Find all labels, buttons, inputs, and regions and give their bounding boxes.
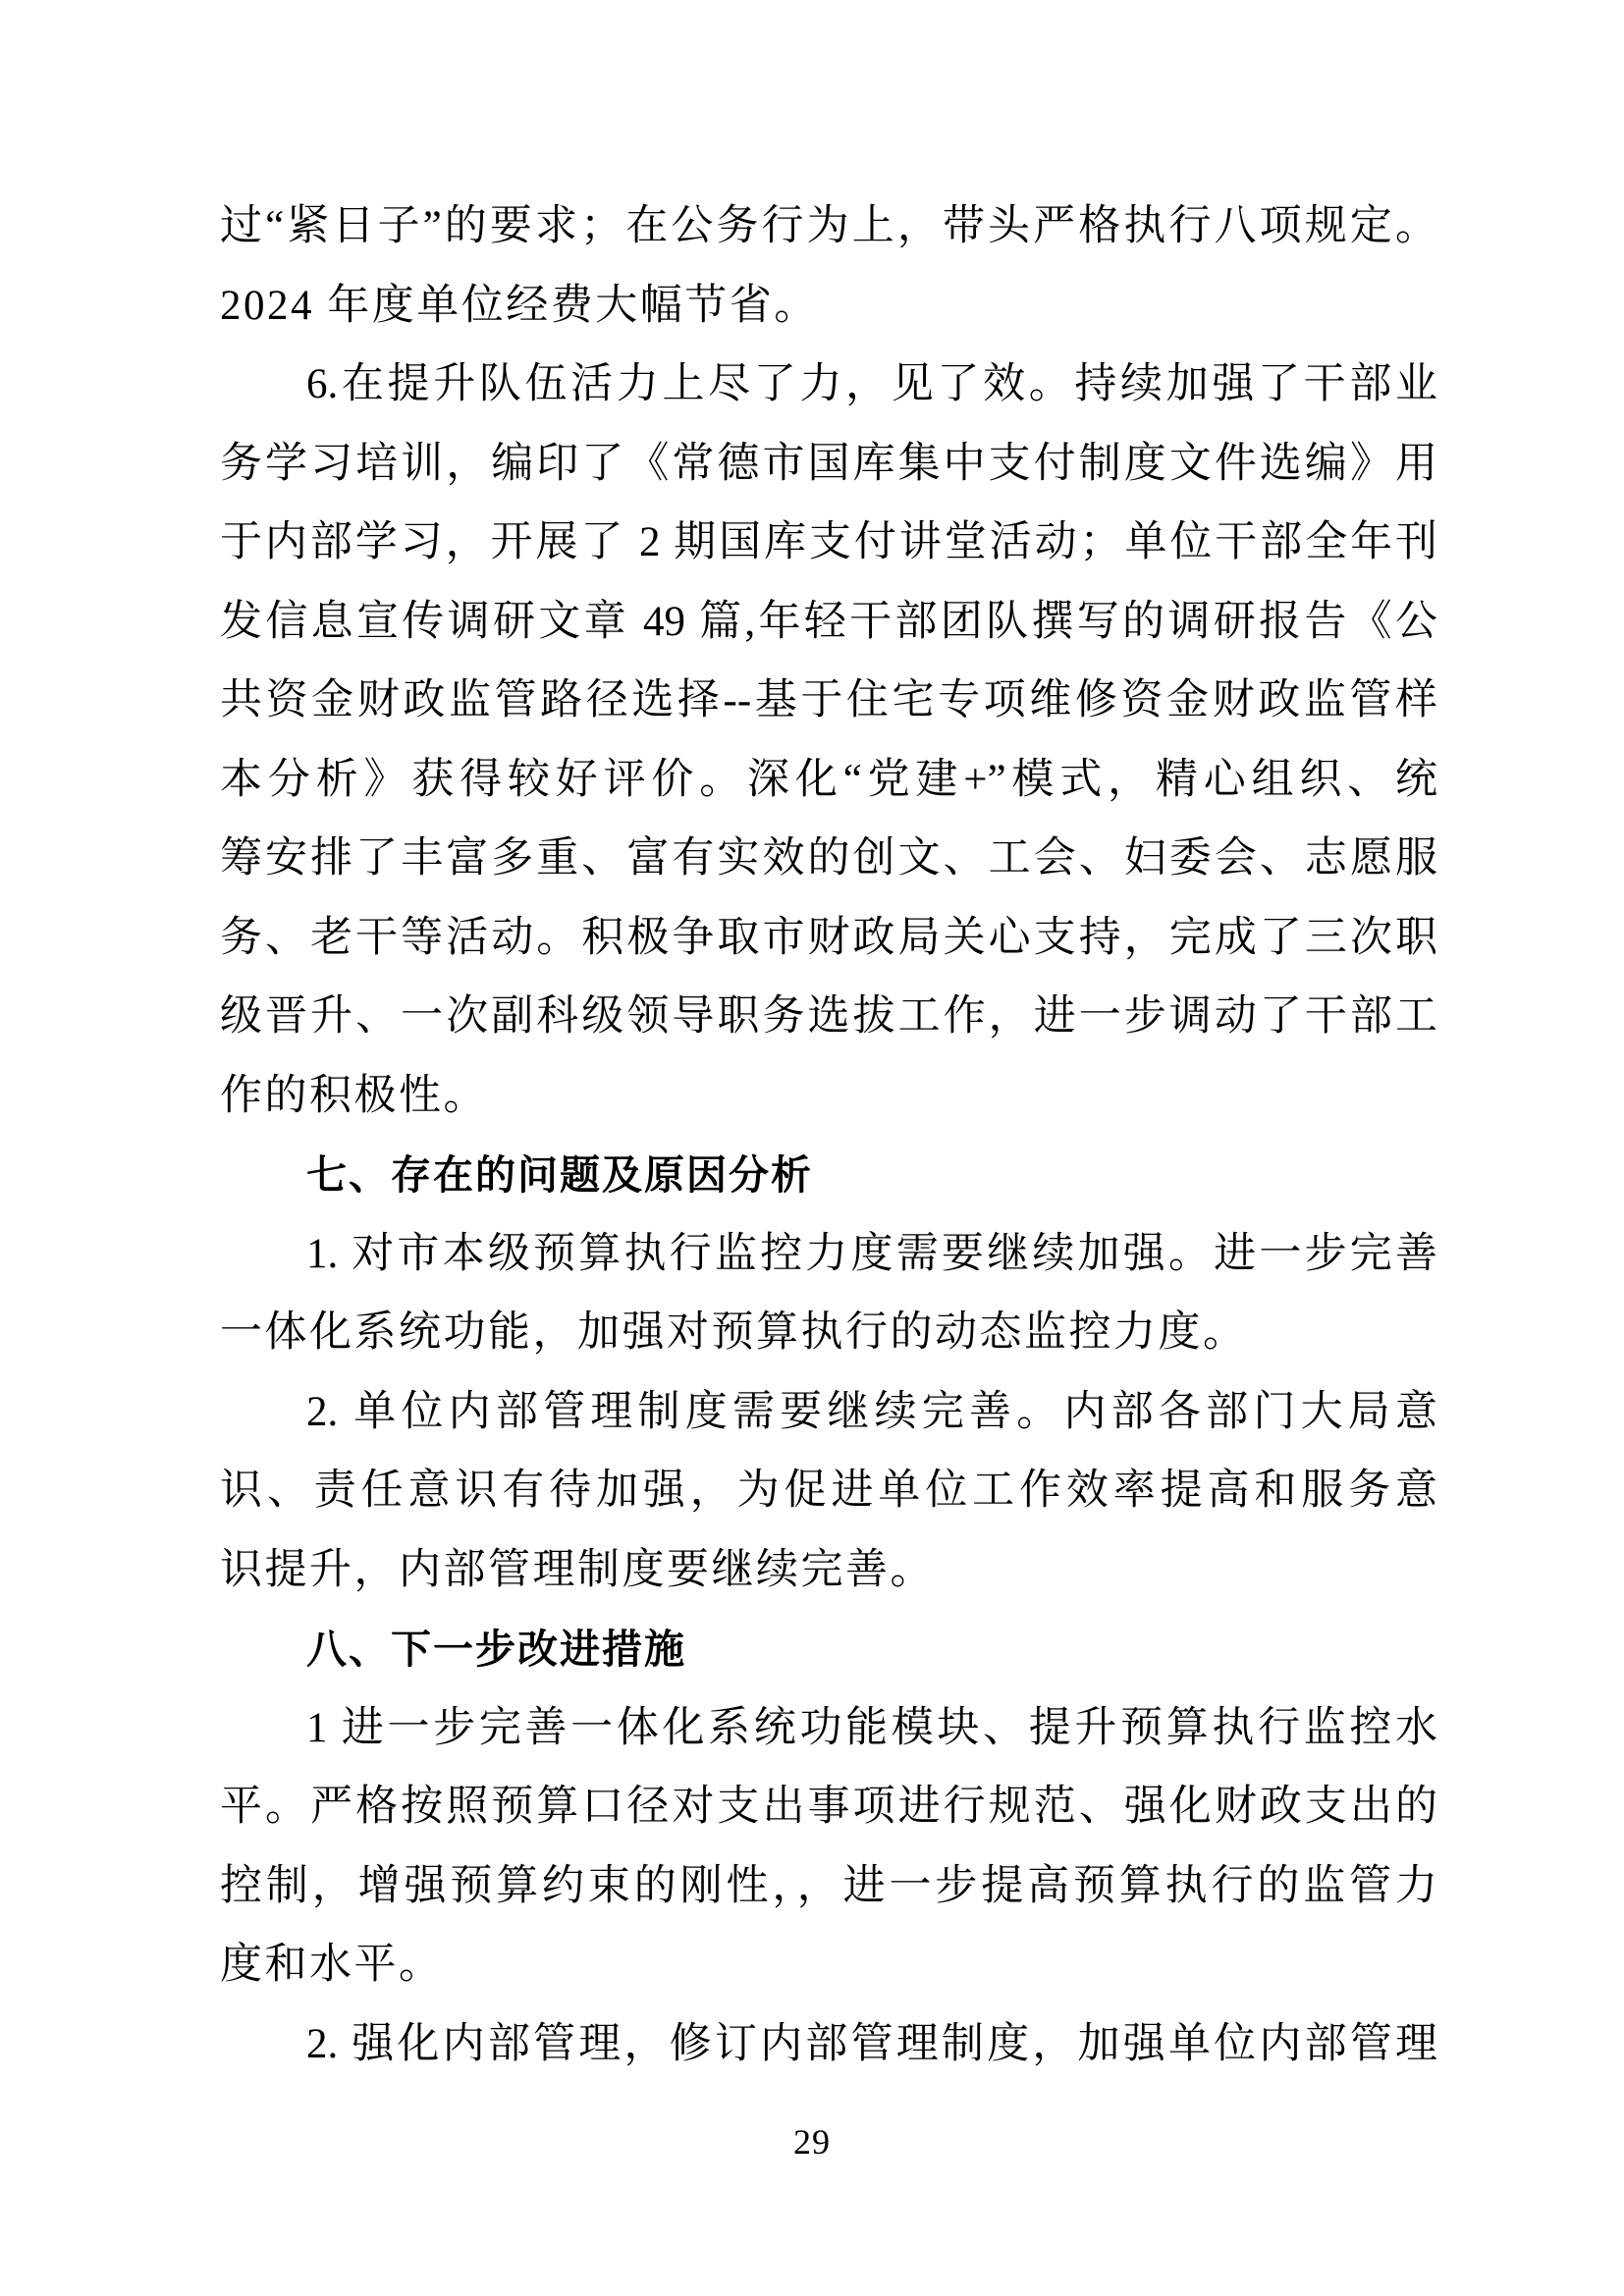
text-line: 6.在提升队伍活力上尽了力，见了效。持续加强了干部业 <box>220 346 1437 425</box>
section-heading: 七、存在的问题及原因分析 <box>220 1136 1437 1215</box>
text-line: 发信息宣传调研文章 49 篇,年轻干部团队撰写的调研报告《公 <box>220 583 1437 663</box>
text-line: 共资金财政监管路径选择--基于住宅专项维修资金财政监管样 <box>220 662 1437 741</box>
text-line: 务学习培训，编印了《常德市国库集中支付制度文件选编》用 <box>220 425 1437 505</box>
text-line: 务、老干等活动。积极争取市财政局关心支持，完成了三次职 <box>220 899 1437 979</box>
text-line: 2. 强化内部管理，修订内部管理制度，加强单位内部管理 <box>220 2005 1437 2085</box>
text-line: 一体化系统功能，加强对预算执行的动态监控力度。 <box>220 1294 1437 1373</box>
text-line: 于内部学习，开展了 2 期国库支付讲堂活动；单位干部全年刊 <box>220 504 1437 583</box>
text-line: 识、责任意识有待加强，为促进单位工作效率提高和服务意 <box>220 1452 1437 1531</box>
text-line: 1 进一步完善一体化系统功能模块、提升预算执行监控水 <box>220 1689 1437 1769</box>
text-line: 识提升，内部管理制度要继续完善。 <box>220 1531 1437 1611</box>
text-line: 控制，增强预算约束的刚性，，进一步提高预算执行的监管力 <box>220 1847 1437 1927</box>
text-line: 2024 年度单位经费大幅节省。 <box>220 267 1437 347</box>
text-line: 过“紧日子”的要求；在公务行为上，带头严格执行八项规定。 <box>220 187 1437 267</box>
text-line: 级晋升、一次副科级领导职务选拔工作，进一步调动了干部工 <box>220 978 1437 1057</box>
text-line: 平。严格按照预算口径对支出事项进行规范、强化财政支出的 <box>220 1768 1437 1847</box>
document-body: 过“紧日子”的要求；在公务行为上，带头严格执行八项规定。2024 年度单位经费大… <box>220 187 1437 2084</box>
text-line: 度和水平。 <box>220 1926 1437 2005</box>
text-line: 2. 单位内部管理制度需要继续完善。内部各部门大局意 <box>220 1373 1437 1453</box>
section-heading: 八、下一步改进措施 <box>220 1610 1437 1689</box>
text-line: 1. 对市本级预算执行监控力度需要继续加强。进一步完善 <box>220 1215 1437 1295</box>
document-page: 过“紧日子”的要求；在公务行为上，带头严格执行八项规定。2024 年度单位经费大… <box>0 0 1624 2296</box>
text-line: 筹安排了丰富多重、富有实效的创文、工会、妇委会、志愿服 <box>220 820 1437 899</box>
page-number: 29 <box>0 2120 1624 2163</box>
text-line: 本分析》获得较好评价。深化“党建+”模式，精心组织、统 <box>220 741 1437 821</box>
text-line: 作的积极性。 <box>220 1057 1437 1137</box>
